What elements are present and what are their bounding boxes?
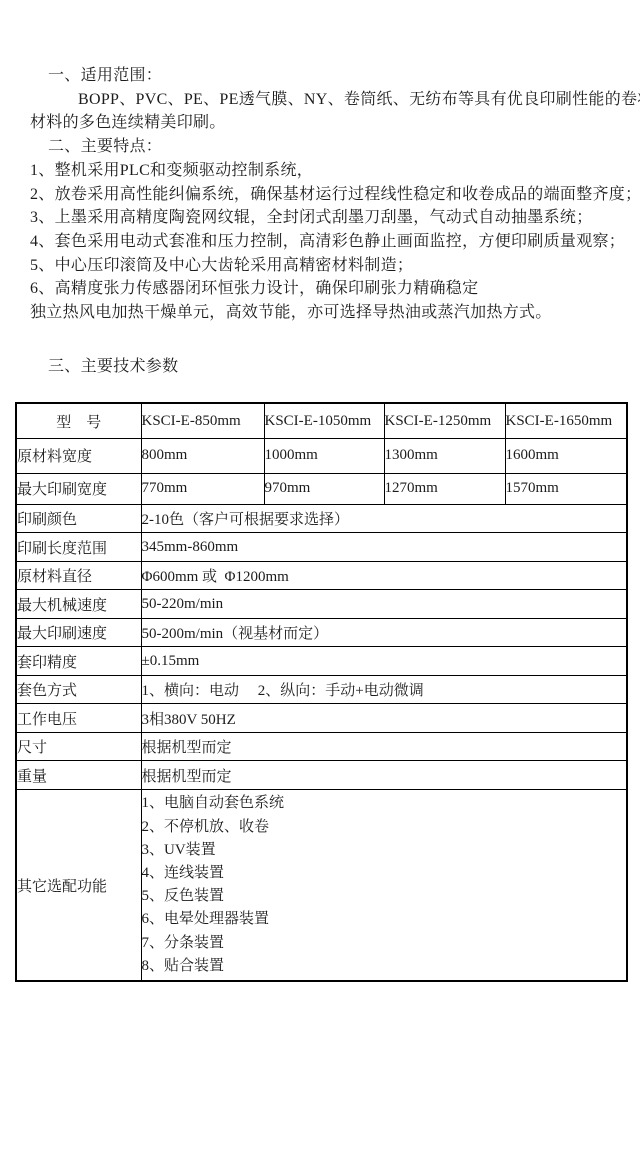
scope-heading: 一、适用范围：	[0, 64, 640, 88]
spec-value-cell: 770mm	[141, 473, 264, 504]
table-row: 原材料宽度 800mm 1000mm 1300mm 1600mm	[16, 438, 627, 473]
model-header-label: 型 号	[16, 403, 141, 438]
table-row: 最大印刷宽度 770mm 970mm 1270mm 1570mm	[16, 473, 627, 504]
model-name-cell: KSCI-E-1050mm	[264, 403, 384, 438]
spec-value-cell: 800mm	[141, 438, 264, 473]
model-name-cell: KSCI-E-1250mm	[384, 403, 505, 438]
spec-label-cell: 印刷长度范围	[16, 533, 141, 562]
spec-value-cell: 根据机型而定	[141, 761, 627, 790]
spec-value-cell: 970mm	[264, 473, 384, 504]
table-row: 最大机械速度 50-220m/min	[16, 590, 627, 619]
spec-label-cell: 尺寸	[16, 732, 141, 761]
spec-label-cell: 最大印刷宽度	[16, 473, 141, 504]
spec-value-cell: 1300mm	[384, 438, 505, 473]
spec-value-cell: Φ600mm 或 Φ1200mm	[141, 561, 627, 590]
spec-value-cell: 2-10色（客户可根据要求选择）	[141, 504, 627, 533]
params-heading: 三、主要技术参数	[0, 355, 640, 379]
option-item: 8、贴合装置	[142, 955, 627, 978]
spec-label-cell: 其它选配功能	[16, 789, 141, 981]
scope-line: 材料的多色连续精美印刷。	[0, 111, 640, 135]
feature-item: 5、中心压印滚筒及中心大齿轮采用高精密材料制造；	[0, 254, 640, 278]
spec-value-cell: 3相380V 50HZ	[141, 704, 627, 733]
spec-label-cell: 套色方式	[16, 675, 141, 704]
model-name-cell: KSCI-E-1650mm	[505, 403, 627, 438]
table-row: 重量 根据机型而定	[16, 761, 627, 790]
spec-label-cell: 套印精度	[16, 647, 141, 676]
table-row: 尺寸 根据机型而定	[16, 732, 627, 761]
table-row: 套印精度 ±0.15mm	[16, 647, 627, 676]
spec-value-cell: 1000mm	[264, 438, 384, 473]
spec-label-cell: 重量	[16, 761, 141, 790]
spec-value-cell: 50-200m/min（视基材而定）	[141, 618, 627, 647]
spec-label-cell: 工作电压	[16, 704, 141, 733]
feature-note: 独立热风电加热干燥单元，高效节能，亦可选择导热油或蒸汽加热方式。	[0, 301, 640, 325]
spec-value-cell: 根据机型而定	[141, 732, 627, 761]
table-row: 印刷长度范围 345mm-860mm	[16, 533, 627, 562]
spec-value-cell: 1270mm	[384, 473, 505, 504]
scope-line: BOPP、PVC、PE、PE透气膜、NY、卷筒纸、无纺布等具有优良印刷性能的卷状	[0, 88, 640, 112]
option-item: 2、不停机放、收卷	[142, 816, 627, 839]
spec-value-cell: 1570mm	[505, 473, 627, 504]
features-heading: 二、主要特点：	[0, 135, 640, 159]
feature-item: 4、套色采用电动式套准和压力控制，高清彩色静止画面监控，方便印刷质量观察；	[0, 230, 640, 254]
option-item: 6、电晕处理器装置	[142, 908, 627, 931]
table-row: 原材料直径 Φ600mm 或 Φ1200mm	[16, 561, 627, 590]
table-row: 最大印刷速度 50-200m/min（视基材而定）	[16, 618, 627, 647]
table-row: 套色方式 1、横向：电动 2、纵向：手动+电动微调	[16, 675, 627, 704]
feature-item: 1、整机采用PLC和变频驱动控制系统，	[0, 159, 640, 183]
options-list-cell: 1、电脑自动套色系统 2、不停机放、收卷 3、UV装置 4、连线装置 5、反色装…	[141, 789, 627, 981]
spec-value-cell: 345mm-860mm	[141, 533, 627, 562]
spec-value-cell: ±0.15mm	[141, 647, 627, 676]
feature-item: 2、放卷采用高性能纠偏系统，确保基材运行过程线性稳定和收卷成品的端面整齐度；	[0, 183, 640, 207]
option-item: 4、连线装置	[142, 862, 627, 885]
table-row: 其它选配功能 1、电脑自动套色系统 2、不停机放、收卷 3、UV装置 4、连线装…	[16, 789, 627, 981]
spec-value-cell: 50-220m/min	[141, 590, 627, 619]
spec-label-cell: 最大印刷速度	[16, 618, 141, 647]
table-row: 型 号 KSCI-E-850mm KSCI-E-1050mm KSCI-E-12…	[16, 403, 627, 438]
spec-value-cell: 1600mm	[505, 438, 627, 473]
spec-label-cell: 原材料直径	[16, 561, 141, 590]
specs-table: 型 号 KSCI-E-850mm KSCI-E-1050mm KSCI-E-12…	[15, 402, 628, 982]
model-name-cell: KSCI-E-850mm	[141, 403, 264, 438]
spec-label-cell: 最大机械速度	[16, 590, 141, 619]
option-item: 3、UV装置	[142, 839, 627, 862]
option-item: 5、反色装置	[142, 885, 627, 908]
feature-item: 6、高精度张力传感器闭环恒张力设计，确保印刷张力精确稳定	[0, 277, 640, 301]
spec-label-cell: 原材料宽度	[16, 438, 141, 473]
document-page: 一、适用范围： BOPP、PVC、PE、PE透气膜、NY、卷筒纸、无纺布等具有优…	[0, 0, 640, 982]
option-item: 7、分条装置	[142, 932, 627, 955]
spec-value-cell: 1、横向：电动 2、纵向：手动+电动微调	[141, 675, 627, 704]
spec-label-cell: 印刷颜色	[16, 504, 141, 533]
table-row: 印刷颜色 2-10色（客户可根据要求选择）	[16, 504, 627, 533]
feature-item: 3、上墨采用高精度陶瓷网纹辊，全封闭式刮墨刀刮墨，气动式自动抽墨系统；	[0, 206, 640, 230]
table-row: 工作电压 3相380V 50HZ	[16, 704, 627, 733]
option-item: 1、电脑自动套色系统	[142, 792, 627, 815]
